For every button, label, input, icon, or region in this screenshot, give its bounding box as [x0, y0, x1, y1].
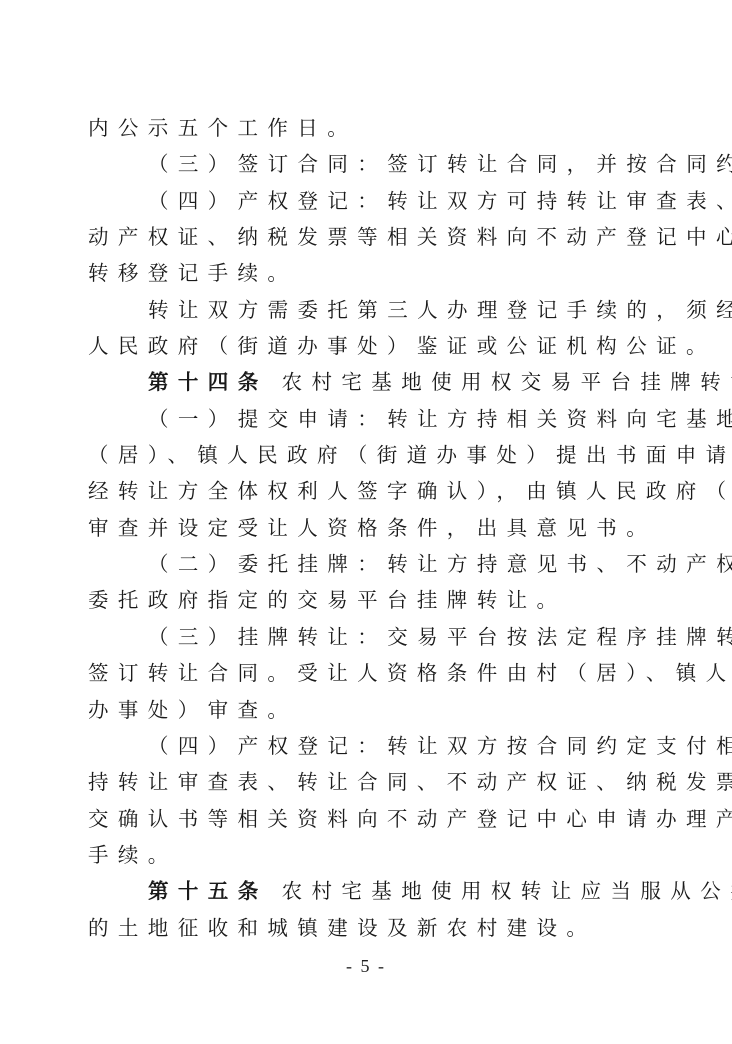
document-body: 内公示五个工作日。 （三）签订合同：签订转让合同，并按合同约定支付款项。 （四）… — [88, 110, 668, 946]
article-label: 第十四条 — [148, 370, 268, 394]
text-line: 人民政府（街道办事处）鉴证或公证机构公证。 — [88, 328, 668, 364]
article-text: 农村宅基地使用权交易平台挂牌转让程序： — [282, 370, 732, 394]
text-line: 转移登记手续。 — [88, 255, 668, 291]
text-line: （四）产权登记：转让双方按合同约定支付相关费用后，可 — [88, 728, 668, 764]
text-line: 持转让审查表、转让合同、不动产权证、纳税发票、交易平台成 — [88, 764, 668, 800]
text-line: 的土地征收和城镇建设及新农村建设。 — [88, 910, 668, 946]
text-line: （居）、镇人民政府（街道办事处）提出书面申请（书面申请须 — [88, 437, 668, 473]
text-line: 转让双方需委托第三人办理登记手续的，须经村（居）、镇 — [88, 292, 668, 328]
text-line: 手续。 — [88, 837, 668, 873]
page-number: - 5 - — [0, 956, 732, 977]
text-line: （三）挂牌转让：交易平台按法定程序挂牌转让，确认成交， — [88, 619, 668, 655]
text-line: （四）产权登记：转让双方可持转让审查表、转让合同、不 — [88, 183, 668, 219]
text-line: 审查并设定受让人资格条件，出具意见书。 — [88, 510, 668, 546]
document-page: 内公示五个工作日。 （三）签订合同：签订转让合同，并按合同约定支付款项。 （四）… — [0, 0, 732, 1044]
text-line: （三）签订合同：签订转让合同，并按合同约定支付款项。 — [88, 146, 668, 182]
text-line: 签订转让合同。受让人资格条件由村（居）、镇人民政府（街道 — [88, 655, 668, 691]
text-line: （一）提交申请：转让方持相关资料向宅基地所在地的村 — [88, 401, 668, 437]
text-line: 经转让方全体权利人签字确认），由镇人民政府（街道办事处） — [88, 473, 668, 509]
text-line: 动产权证、纳税发票等相关资料向不动产登记中心申请办理产权 — [88, 219, 668, 255]
article-14-heading: 第十四条农村宅基地使用权交易平台挂牌转让程序： — [88, 364, 668, 400]
article-15-heading: 第十五条农村宅基地使用权转让应当服从公共利益需要 — [88, 873, 668, 909]
text-line: 交确认书等相关资料向不动产登记中心申请办理产权转移登记 — [88, 801, 668, 837]
text-line: （二）委托挂牌：转让方持意见书、不动产权证等相关资料 — [88, 546, 668, 582]
article-label: 第十五条 — [148, 879, 268, 903]
text-line: 办事处）审查。 — [88, 692, 668, 728]
text-line: 内公示五个工作日。 — [88, 110, 668, 146]
article-text: 农村宅基地使用权转让应当服从公共利益需要 — [282, 879, 732, 903]
text-line: 委托政府指定的交易平台挂牌转让。 — [88, 582, 668, 618]
